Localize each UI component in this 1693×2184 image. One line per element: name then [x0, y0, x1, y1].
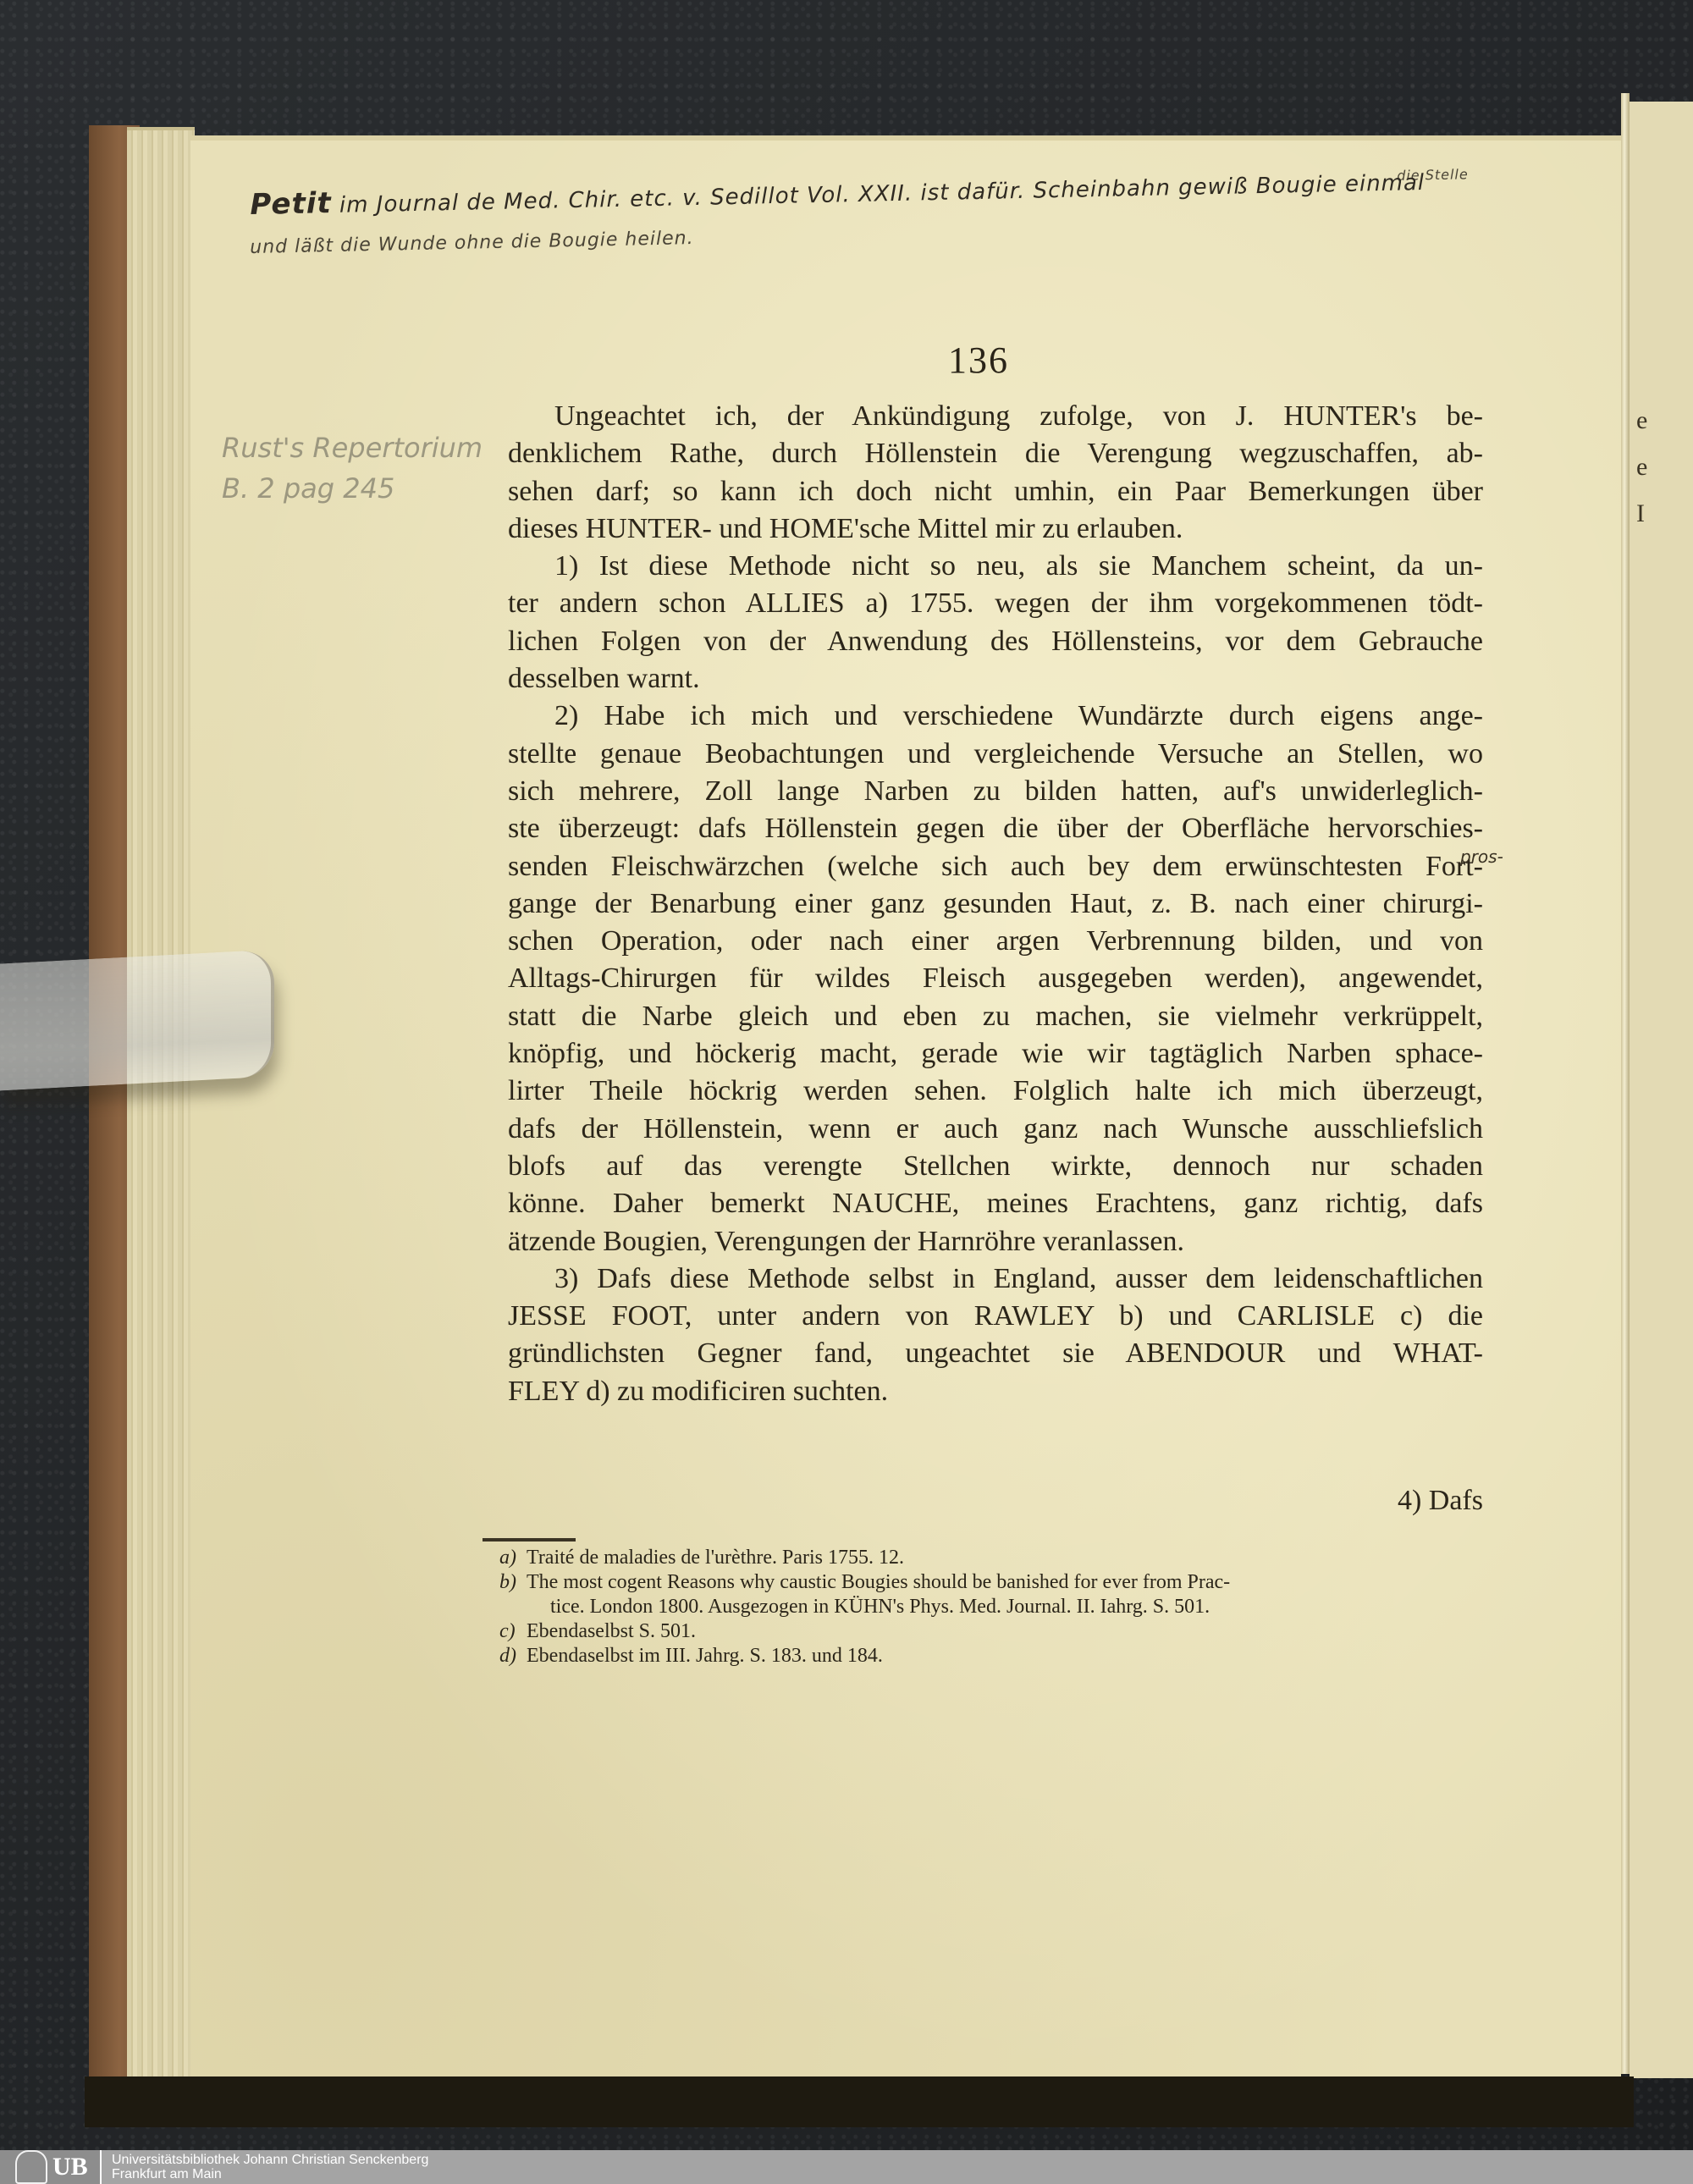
text-line: lichen Folgen von der Anwendung des Höll…	[508, 623, 1483, 660]
text-line: gründlichsten Gegner fand, ungeachtet si…	[508, 1335, 1483, 1372]
text-line: lirter Theile höckrig werden sehen. Folg…	[508, 1073, 1483, 1110]
page-number: 136	[948, 339, 1009, 382]
body-text: Ungeachtet ich, der Ankündigung zufolge,…	[508, 398, 1483, 1410]
text-line: könne. Daher bemerkt NAUCHE, meines Erac…	[508, 1185, 1483, 1222]
facing-page: e e I	[1630, 102, 1693, 2078]
footnote-b: b)The most cogent Reasons why caustic Bo…	[499, 1570, 1481, 1619]
institution-name: Universitätsbibliothek Johann Christian …	[112, 2153, 428, 2167]
paragraph-point-2: 2) Habe ich mich und verschiedene Wundär…	[508, 698, 1483, 1260]
paragraph-point-1: 1) Ist diese Methode nicht so neu, als s…	[508, 548, 1483, 698]
text-line: gange der Benarbung einer ganz gesunden …	[508, 885, 1483, 923]
text-line: schen Operation, oder nach einer argen V…	[508, 923, 1483, 960]
text-line: 3) Dafs diese Methode selbst in England,…	[508, 1260, 1483, 1298]
book-gutter	[1621, 93, 1630, 2074]
book-bottom-edge	[85, 2076, 1634, 2127]
margin-pencil-note: Rust's Repertorium B. 2 pag 245	[222, 427, 483, 509]
library-footer: UB Universitätsbibliothek Johann Christi…	[0, 2150, 1693, 2184]
text-line: statt die Narbe gleich und eben zu mache…	[508, 998, 1483, 1035]
footnote-rule	[483, 1538, 576, 1541]
facing-page-fragment: e	[1636, 406, 1647, 435]
text-line: denklichem Rathe, durch Höllenstein die …	[508, 435, 1483, 472]
paragraph-point-3: 3) Dafs diese Methode selbst in England,…	[508, 1260, 1483, 1410]
text-line: desselben warnt.	[508, 660, 1483, 698]
text-line: dafs der Höllenstein, wenn er auch ganz …	[508, 1111, 1483, 1148]
glass-page-weight	[0, 950, 274, 1091]
pencil-note-line: B. 2 pag 245	[222, 468, 483, 509]
handwritten-correction: pros-	[1460, 847, 1503, 867]
footnote-d: d)Ebendaselbst im III. Jahrg. S. 183. un…	[499, 1644, 1481, 1668]
text-line: sich mehrere, Zoll lange Narben zu bilde…	[508, 773, 1483, 810]
text-line: ätzende Bougien, Verengungen der Harnröh…	[508, 1223, 1483, 1260]
text-line: FLEY d) zu modificiren suchten.	[508, 1373, 1483, 1410]
text-line: senden Fleischwärzchen (welche sich auch…	[508, 848, 1483, 885]
text-line: dieses HUNTER- und HOME'sche Mittel mir …	[508, 510, 1483, 548]
facing-page-fragment: I	[1636, 499, 1645, 528]
logo-text: UB	[52, 2153, 88, 2181]
text-line: ste überzeugt: dafs Höllenstein gegen di…	[508, 810, 1483, 847]
text-line: stellte genaue Beobachtungen und verglei…	[508, 736, 1483, 773]
text-line: blofs auf das verengte Stellchen wirkte,…	[508, 1148, 1483, 1185]
facing-page-fragment: e	[1636, 453, 1647, 482]
footnote-c: c)Ebendaselbst S. 501.	[499, 1619, 1481, 1644]
paragraph-intro: Ungeachtet ich, der Ankündigung zufolge,…	[461, 398, 1483, 548]
text-line: 2) Habe ich mich und verschiedene Wundär…	[508, 698, 1483, 735]
text-line: JESSE FOOT, unter andern von RAWLEY b) u…	[508, 1298, 1483, 1335]
institution-city: Frankfurt am Main	[112, 2167, 428, 2181]
text-line: Ungeachtet ich, der Ankündigung zufolge,…	[508, 398, 1483, 435]
library-name: Universitätsbibliothek Johann Christian …	[112, 2153, 428, 2181]
pencil-note-line: Rust's Repertorium	[222, 427, 483, 468]
library-logo: UB	[0, 2150, 102, 2184]
text-line: Alltags-Chirurgen für wildes Fleisch aus…	[508, 960, 1483, 997]
handwritten-note-lead: Petit	[250, 186, 332, 222]
portrait-icon	[15, 2150, 47, 2184]
text-line: 1) Ist diese Methode nicht so neu, als s…	[508, 548, 1483, 585]
text-line: knöpfig, und höckerig macht, gerade wie …	[508, 1035, 1483, 1073]
footnote-a: a)Traité de maladies de l'urèthre. Paris…	[499, 1546, 1481, 1570]
catchword: 4) Dafs	[1398, 1485, 1483, 1517]
text-line: ter andern schon ALLIES a) 1755. wegen d…	[508, 585, 1483, 622]
page-stack-edge	[127, 127, 195, 2082]
footnotes: a)Traité de maladies de l'urèthre. Paris…	[499, 1546, 1481, 1668]
text-line: sehen darf; so kann ich doch nicht umhin…	[508, 473, 1483, 510]
